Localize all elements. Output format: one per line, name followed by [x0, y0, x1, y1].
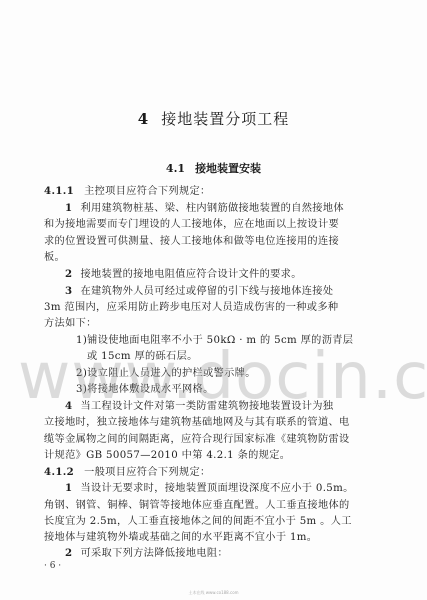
paragraph-line: 计规范》GB 50057—2010 中第 4.2.1 条的规定。 — [44, 446, 290, 461]
paragraph-line: 接地体与建筑物外墙或基础之间的水平距离不宜小于 1m。 — [44, 528, 317, 543]
chapter-title: 4接地装置分项工程 — [0, 108, 427, 129]
paragraph-line: 缆等金属物之间的间隔距离，应符合现行国家标准《建筑物防雷设 — [44, 430, 350, 445]
paragraph-line: 4当工程设计文件对第一类防雷建筑物接地装置设计为独 — [65, 397, 333, 412]
paragraph-line: 板。 — [44, 248, 65, 263]
clause-heading-text: 一般项目应符合下列规定： — [84, 467, 210, 478]
clause-heading-text: 主控项目应符合下列规定： — [84, 186, 210, 197]
item-number: 2 — [65, 547, 72, 559]
paragraph-line: 3m 范围内，应采用防止跨步电压对人员造成伤害的一种或多种 — [44, 298, 338, 313]
item-number: 1 — [65, 482, 72, 494]
item-number: 1 — [65, 202, 72, 214]
paragraph-line: 方法如下： — [44, 314, 97, 329]
clause-heading: 4.1.2一般项目应符合下列规定： — [44, 463, 211, 478]
text-line: 利用建筑物桩基、梁、柱内钢筋做接地装置的自然接地体 — [80, 203, 343, 214]
text-line: 当工程设计文件对第一类防雷建筑物接地装置设计为独 — [80, 401, 333, 412]
sub-item-line: 1)铺设使地面电阻率不小于 50kΩ · m 的 5cm 厚的沥青层 — [76, 331, 353, 346]
sub-item-line: 或 15cm 厚的砾石层。 — [87, 347, 198, 362]
section-title-text: 接地装置安装 — [195, 162, 261, 175]
chapter-number: 4 — [138, 110, 149, 128]
document-page: 4接地装置分项工程 4.1接地装置安装 4.1.1主控项目应符合下列规定： 1利… — [0, 0, 427, 600]
paragraph-line: 2接地装置的接地电阻值应符合设计文件的要求。 — [65, 265, 302, 280]
text-line: 可采取下列方法降低接地电阻： — [80, 548, 228, 559]
paragraph-line: 3在建筑物外人员可经过或停留的引下线与接地体连接处 — [65, 282, 333, 297]
paragraph-line: 求的位置设置可供测量、接人工接地体和做等电位连接用的连接 — [44, 232, 339, 247]
paragraph-line: 和为接地需要而专门埋设的人工接地体，应在地面以上按设计要 — [44, 215, 339, 230]
clause-number: 4.1.2 — [44, 466, 74, 478]
paragraph-line: 角钢、钢管、铜棒、铜管等接地体应垂直配置。人工垂直接地体的 — [44, 496, 350, 511]
paragraph-line: 1当设计无要求时，接地装置顶面埋设深度不应小于 0.5m。 — [65, 479, 354, 494]
paragraph-line: 2可采取下列方法降低接地电阻： — [65, 544, 228, 559]
sub-item-line: 3)将接地体敷设成水平网格。 — [76, 380, 214, 395]
paragraph-line: 立接地时，独立接地体与建筑物基础地网及与其有联系的管道、电 — [44, 413, 350, 428]
item-number: 4 — [65, 400, 72, 412]
section-title: 4.1接地装置安装 — [0, 160, 427, 176]
chapter-title-text: 接地装置分项工程 — [161, 110, 289, 128]
item-number: 3 — [65, 285, 72, 297]
page-number: · 6 · — [44, 561, 61, 571]
clause-number: 4.1.1 — [44, 185, 74, 197]
item-number: 2 — [65, 268, 72, 280]
clause-heading: 4.1.1主控项目应符合下列规定： — [44, 182, 211, 197]
paragraph-line: 长度宜为 2.5m，人工垂直接地体之间的间距不宜小于 5m 。人工 — [44, 512, 352, 527]
text-line: 在建筑物外人员可经过或停留的引下线与接地体连接处 — [80, 286, 333, 297]
footer-mark: 土木在线 www.co188.com — [0, 590, 427, 596]
text-line: 接地装置的接地电阻值应符合设计文件的要求。 — [80, 269, 301, 280]
sub-item-line: 2)设立阻止人员进入的护栏或警示牌。 — [76, 364, 256, 379]
text-line: 当设计无要求时，接地装置顶面埋设深度不应小于 0.5m。 — [80, 483, 353, 494]
paragraph-line: 1利用建筑物桩基、梁、柱内钢筋做接地装置的自然接地体 — [65, 199, 344, 214]
section-number: 4.1 — [166, 162, 185, 175]
